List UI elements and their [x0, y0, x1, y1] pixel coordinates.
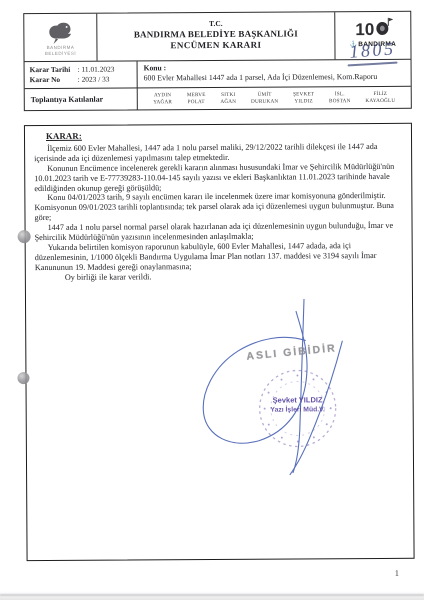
attendee: SITKIAĞAN	[220, 92, 236, 105]
anniversary-logo: 10 ⚓ BANDIRMA	[334, 12, 410, 59]
title-doc-type: ENCÜMEN KARARI	[97, 39, 334, 51]
attendee: FİLİZKAYAOĞLU	[365, 91, 395, 104]
dove-logo-icon	[44, 21, 76, 45]
scanned-document: BANDIRMA BELEDİYESİ T.C. BANDIRMA BELEDİ…	[0, 0, 424, 600]
subject-label: Konu :	[144, 63, 167, 72]
logo-caption-line1: BANDIRMA	[45, 45, 76, 50]
header-table: BANDIRMA BELEDİYESİ T.C. BANDIRMA BELEDİ…	[23, 11, 412, 111]
svg-text:10: 10	[355, 20, 374, 39]
attendee: MERVEPOLAT	[187, 92, 206, 105]
decision-body: KARAR: İlçemiz 600 Evler Mahallesi, 1447…	[24, 123, 415, 561]
decision-paragraph: Yukarıda belirtilen komisyon raporunun k…	[35, 241, 403, 273]
subject-value: 600 Evler Mahallesi 1447 ada 1 parsel, A…	[144, 72, 405, 84]
anniversary-100-icon: 10	[353, 16, 393, 40]
hole-punch-mark	[18, 230, 31, 243]
scan-edge-shadow	[0, 591, 424, 600]
subject-cell: Konu : 600 Evler Mahallesi 1447 ada 1 pa…	[138, 60, 411, 88]
document-title: T.C. BANDIRMA BELEDİYE BAŞKANLIĞI ENCÜME…	[97, 12, 334, 60]
decision-heading: KARAR:	[46, 130, 402, 142]
anchor-icon: ⚓	[350, 41, 358, 48]
decision-paragraph: Konunun Encümence incelenerek gerekli ka…	[34, 162, 402, 194]
attendees-list: AYDINYAĞAR MERVEPOLAT SITKIAĞAN ÜMİTDURU…	[138, 87, 411, 110]
municipality-logo-caption: BANDIRMA BELEDİYESİ	[45, 45, 76, 56]
decision-date-label: Karar Tarihi	[30, 65, 78, 75]
municipality-logo: BANDIRMA BELEDİYESİ	[24, 14, 97, 61]
header-row-logos: BANDIRMA BELEDİYESİ T.C. BANDIRMA BELEDİ…	[24, 12, 410, 62]
decision-number-line: Karar No : 2023 / 33	[30, 74, 137, 84]
anniversary-brand-row: ⚓ BANDIRMA	[350, 41, 396, 48]
decision-paragraph: İlçemiz 600 Evler Mahallesi, 1447 ada 1 …	[34, 142, 402, 164]
attendees-label: Toplantıya Katılanlar	[25, 88, 138, 110]
brand-text: BANDIRMA	[358, 41, 396, 48]
header-row-meta: Karar Tarihi : 11.01.2023 Karar No : 202…	[25, 60, 411, 89]
attendee: AYDINYAĞAR	[153, 93, 172, 106]
decision-vote-line: Oy birliği ile karar verildi.	[35, 271, 403, 283]
decision-number-label: Karar No	[30, 74, 78, 84]
attendee: İSL.BOSTAN	[329, 91, 351, 104]
attendee: ÜMİTDURUKAN	[251, 92, 278, 105]
decision-date-number-cell: Karar Tarihi : 11.01.2023 Karar No : 202…	[25, 61, 138, 88]
hole-punch-mark	[17, 372, 29, 384]
attendee: ŞEVKETYILDIZ	[293, 92, 314, 105]
page-number: 1	[395, 568, 399, 578]
header-row-attendees: Toplantıya Katılanlar AYDINYAĞAR MERVEPO…	[25, 87, 411, 110]
decision-paragraph: Konu 04/01/2023 tarih, 9 sayılı encümen …	[34, 191, 402, 223]
decision-date-value: : 11.01.2023	[78, 65, 115, 75]
decision-paragraph: 1447 ada 1 nolu parsel normal parsel ola…	[35, 221, 403, 243]
decision-number-value: : 2023 / 33	[78, 74, 110, 84]
logo-caption-line2: BELEDİYESİ	[45, 50, 76, 55]
